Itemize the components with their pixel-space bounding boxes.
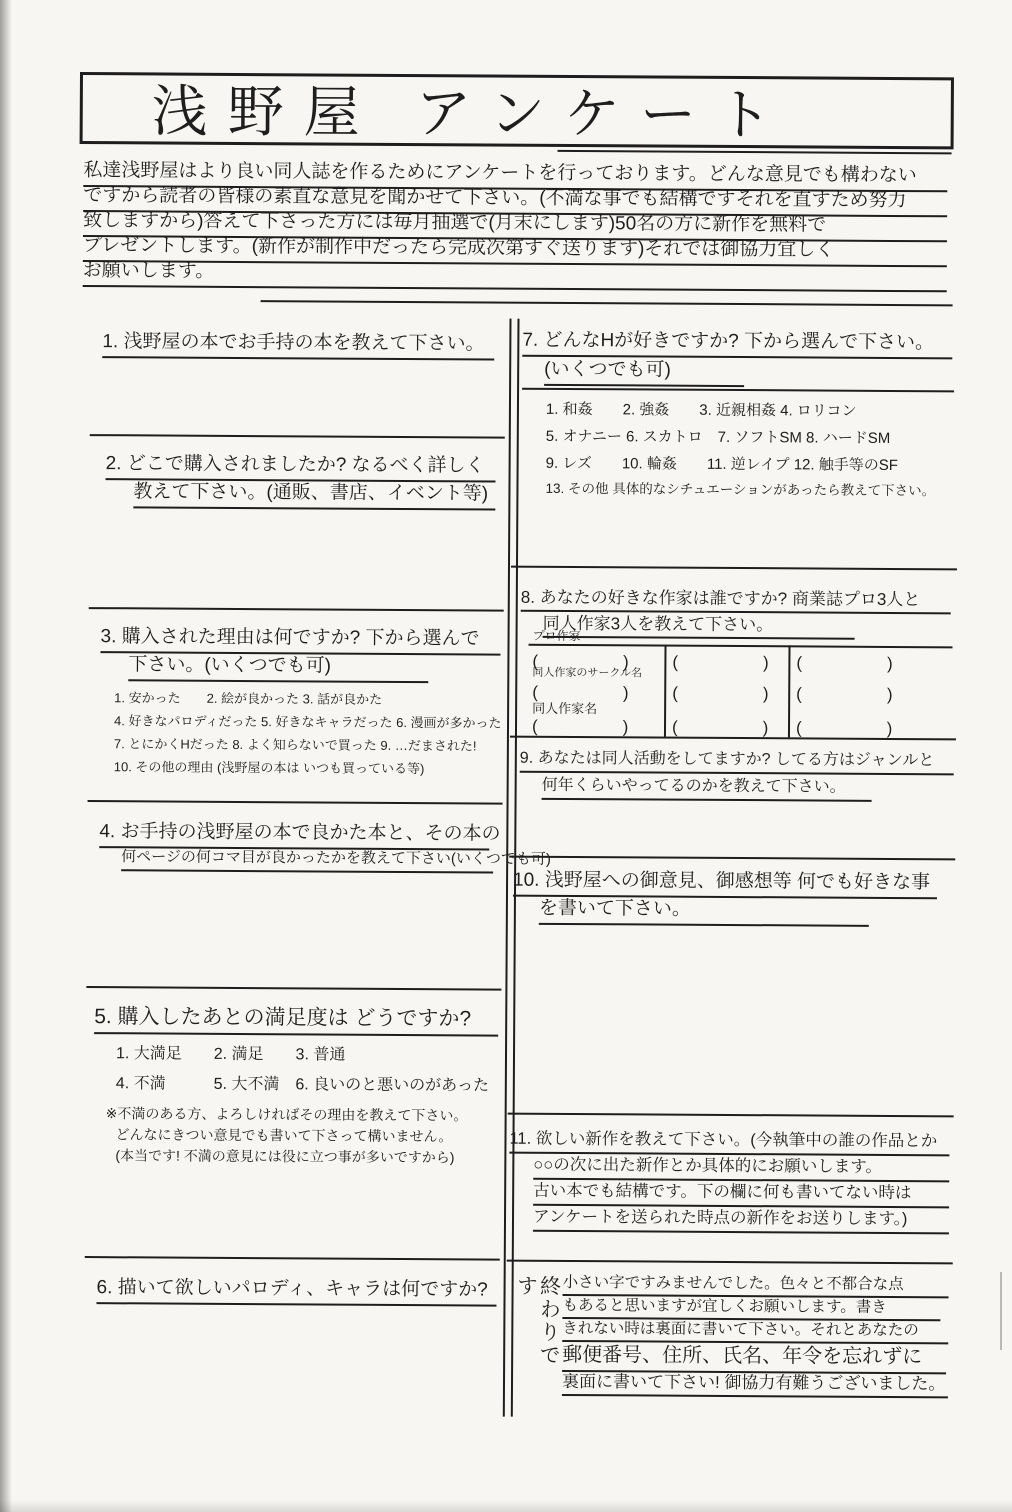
- question-8-answer-cell: ( ): [796, 652, 892, 674]
- question-2-heading: 2. どこで購入されましたか? なるべく詳しく: [106, 452, 496, 482]
- question-8-table-top-rule: [529, 644, 953, 649]
- question-7-option-row: 9. レズ 10. 輪姦 11. 逆レイプ 12. 触手等のSF: [546, 455, 898, 476]
- question-7-option-row: 5. オナニー 6. スカトロ 7. ソフトSM 8. ハードSM: [546, 428, 891, 449]
- section-separator: [507, 1260, 953, 1265]
- section-separator: [509, 856, 955, 861]
- question-11-line: 古い本でも結構です。下の欄に何も書いてない時は: [533, 1181, 949, 1208]
- scan-edge-shadow-bottom: [0, 1500, 1012, 1512]
- closing-vertical-label: 終わりです: [514, 1275, 561, 1371]
- question-11-line: 11. 欲しい新作を教えて下さい。(今執筆中の誰の作品とか: [509, 1129, 949, 1156]
- question-9-heading: 何年くらいやってるのかを教えて下さい。: [542, 776, 872, 802]
- question-8-answer-cell: ( ): [532, 716, 628, 738]
- question-5-option-row: 4. 不満 5. 大不満 6. 良いのと悪いのがあった: [116, 1074, 489, 1096]
- question-11-line: ○○の次に出た新作とか具体的にお願いします。: [533, 1155, 949, 1182]
- section-separator: [508, 1113, 954, 1118]
- section-separator: [88, 800, 503, 805]
- question-9-heading: 9. あなたは同人活動をしてますか? してる方はジャンルと: [520, 749, 954, 776]
- question-8-row-label-circle: 同人作家のサークル名: [532, 667, 642, 681]
- question-8-row-label-pro: プロ作家: [533, 629, 581, 644]
- question-8-table-divider: [788, 645, 791, 737]
- closing-line: きれない時は裏面に書いて下さい。それとあなたの: [562, 1319, 948, 1345]
- question-3-option-row: 1. 安かった 2. 絵が良かった 3. 話が良かた: [114, 690, 382, 708]
- question-5-option-row: 1. 大満足 2. 満足 3. 普通: [116, 1044, 345, 1065]
- partial-ruled-line: [261, 300, 953, 306]
- scan-streak-right: [1000, 1272, 1002, 1350]
- scan-content: 浅野屋 アンケート 私達浅野屋はより良い同人誌を作るためにアンケートを行っており…: [0, 0, 1012, 1512]
- question-7-heading: 7. どんなHが好きですか? 下から選んで下さい。: [522, 329, 952, 359]
- question-8-answer-cell: ( ): [672, 717, 768, 739]
- section-separator: [89, 607, 504, 612]
- closing-line: 小さい字ですみませんでした。色々と不都合な点: [563, 1273, 949, 1299]
- question-6-heading: 6. 描いて欲しいパロディ、キャラは何ですか?: [96, 1276, 496, 1306]
- question-8-answer-cell: ( ): [796, 717, 892, 739]
- question-8-answer-cell: ( ): [672, 652, 768, 674]
- question-10-heading: 10. 浅野屋への御意見、御感想等 何でも好きな事: [513, 869, 937, 899]
- question-8-table-divider: [664, 645, 667, 737]
- scanned-questionnaire-page: 浅野屋 アンケート 私達浅野屋はより良い同人誌を作るためにアンケートを行っており…: [0, 0, 1012, 1512]
- question-3-option-row: 7. とにかくHだった 8. よく知らないで買った 9. …だまされた!: [114, 736, 477, 754]
- question-3-option-row: 10. その他の理由 (浅野屋の本は いつも買っている等): [114, 759, 425, 777]
- question-8-heading: 8. あなたの好きな作家は誰ですか? 商業誌プロ3人と: [521, 587, 951, 615]
- section-separator: [511, 566, 957, 571]
- question-4-heading: 何ページの何コマ目が良かったかを教えて下さい(いくつでも可): [121, 848, 493, 873]
- section-separator: [86, 986, 501, 991]
- intro-line: お願いします。: [83, 259, 947, 292]
- question-8-answer-cell: ( ): [796, 683, 892, 705]
- question-2-heading: 教えて下さい。(通販、書店、イベント等): [133, 480, 495, 510]
- page-title: 浅野屋 アンケート: [152, 76, 793, 150]
- question-7-option-row: 13. その他 具体的なシチュエーションがあったら教えて下さい。: [545, 481, 935, 500]
- question-4-heading: 4. お手持の浅野屋の本で良かた本と、その本の: [99, 820, 489, 850]
- question-3-heading: 下さい。(いくつでも可): [128, 653, 428, 683]
- closing-line: 郵便番号、住所、氏名、年令を忘れずに: [562, 1343, 946, 1374]
- question-5-note-line: ※不満のある方、よろしければその理由を教えて下さい。: [106, 1105, 468, 1125]
- title-box-double-bottom-rule: [558, 150, 952, 154]
- section-separator: [90, 434, 505, 439]
- question-10-heading: を書いて下さい。: [539, 897, 869, 927]
- question-7-option-row: 1. 和姦 2. 強姦 3. 近親相姦 4. ロリコン: [546, 401, 857, 422]
- question-5-note-line: (本当です! 不満の意見には役に立つ事が多いですから): [115, 1147, 454, 1167]
- question-1-heading: 1. 浅野屋の本でお手持の本を教えて下さい。: [102, 330, 494, 360]
- question-8-heading: 同人作家3人を教えて下さい。: [543, 613, 855, 640]
- question-8-answer-cell: ( ): [672, 683, 768, 705]
- closing-line: 裏面に書いて下さい! 御協力有難うございました。: [562, 1371, 948, 1399]
- question-5-note-line: どんなにきつい意見でも書いて下さって構いません。: [115, 1126, 452, 1146]
- section-separator: [85, 1256, 500, 1261]
- question-3-option-row: 4. 好きなパロディだった 5. 好きなキャラだった 6. 漫画が多かった: [114, 713, 502, 732]
- question-3-heading: 3. 購入された理由は何ですか? 下から選んで: [100, 625, 500, 655]
- scan-edge-shadow-left: [0, 0, 12, 1512]
- closing-line: もあると思いますが宜しくお願いします。書き: [562, 1296, 940, 1322]
- question-5-heading: 5. 購入したあとの満足度は どうですか?: [94, 1004, 498, 1037]
- question-11-line: アンケートを送られた時点の新作をお送りします。): [533, 1207, 949, 1234]
- question-7-heading: (いくつでも可): [544, 358, 744, 387]
- question-7-subrule: [522, 388, 954, 393]
